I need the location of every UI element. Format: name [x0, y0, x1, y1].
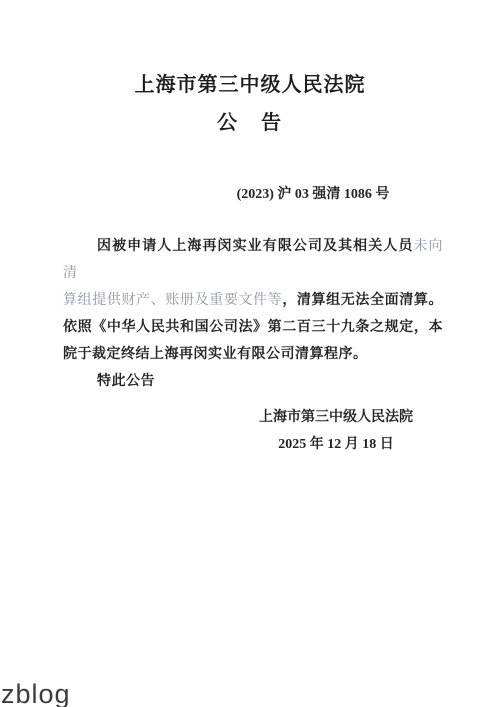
text-segment: 特此公告 — [97, 374, 155, 389]
text-segment: 算组提供财产、账册及重要文件等 — [63, 293, 282, 308]
signature-date: 2025 年 12 月 18 日 — [86, 431, 500, 458]
announcement-heading: 公 告 — [0, 106, 500, 135]
signature-court-name: 上海市第三中级人民法院 — [86, 404, 500, 431]
announcement-page: 上海市第三中级人民法院 公 告 (2023) 沪 03 强清 1086 号 因被… — [0, 0, 500, 707]
zblog-watermark: zblog — [1, 681, 71, 707]
text-segment: 院于裁定终结上海再闵实业有限公司清算程序。 — [63, 347, 368, 362]
body-line: 算组提供财产、账册及重要文件等，清算组无法全面清算。 — [63, 287, 443, 314]
body-line: 特此公告 — [63, 368, 443, 395]
text-segment: 因被申请人上海再闵实业有限公司及其相关人员 — [97, 239, 413, 254]
body-line: 院于裁定终结上海再闵实业有限公司清算程序。 — [63, 341, 443, 368]
court-title: 上海市第三中级人民法院 — [0, 68, 500, 97]
body-line: 因被申请人上海再闵实业有限公司及其相关人员未向清 — [63, 233, 443, 287]
signature-block: 上海市第三中级人民法院 2025 年 12 月 18 日 — [86, 404, 500, 458]
case-number: (2023) 沪 03 强清 1086 号 — [63, 183, 500, 203]
text-segment: 依照《中华人民共和国公司法》第二百三十九条之规定，本 — [63, 320, 443, 335]
text-segment: ，清算组无法全面清算。 — [282, 293, 443, 308]
announcement-body: 因被申请人上海再闵实业有限公司及其相关人员未向清算组提供财产、账册及重要文件等，… — [63, 233, 443, 395]
body-line: 依照《中华人民共和国公司法》第二百三十九条之规定，本 — [63, 314, 443, 341]
